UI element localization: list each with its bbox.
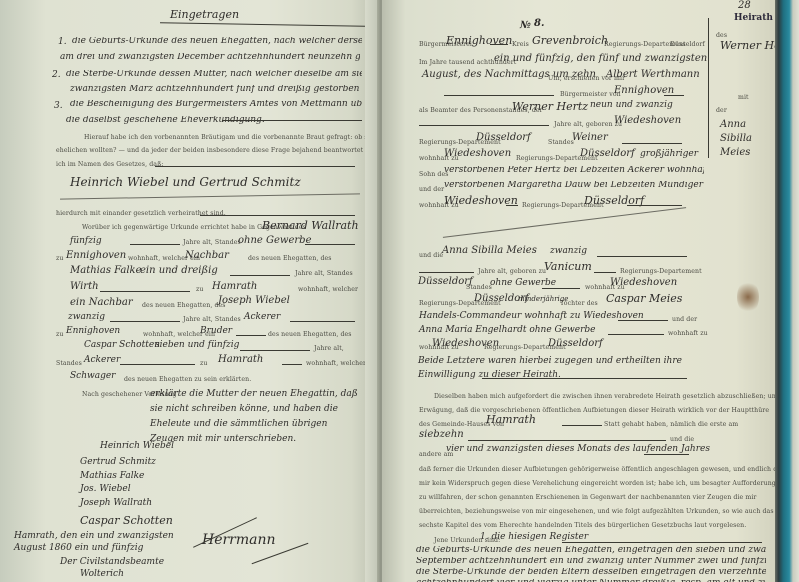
printed-text: und der <box>419 187 444 193</box>
witness-2-name: Mathias Falke <box>70 266 142 276</box>
bride-father-detail: Handels-Commandeur wohnhaft zu Wiedeshov… <box>419 312 644 321</box>
printed-text: sechste Kapitel des vom Eherechte handel… <box>419 523 746 529</box>
fill-line <box>100 291 190 292</box>
annotation-number: 3. <box>54 102 63 111</box>
witness-1-residence: Ennighoven <box>66 251 126 261</box>
groom-age: neun und zwanzig <box>590 101 673 110</box>
printed-text: des neuen Ehegatten zu sein erklärten. <box>124 377 251 383</box>
margin-divider <box>708 18 709 158</box>
documents-list-item: September achtzehnhundert ein und zwanzi… <box>416 557 766 566</box>
printed-text: Jahre alt, Standes <box>183 240 241 246</box>
fill-line <box>290 321 355 322</box>
groom-department: Düsseldorf <box>476 133 531 143</box>
annotation-continuation: am drei und zwanzigsten December achtzeh… <box>60 53 360 62</box>
closing-text: erklärte die Mutter der neuen Ehegattin,… <box>150 387 360 447</box>
printed-text: und der <box>672 317 697 323</box>
bride-occupation: ohne Gewerbe <box>490 279 556 288</box>
fill-line <box>155 166 355 167</box>
witness-2-residence: Hamrath <box>212 282 257 292</box>
margin-groom: Werner Hertz <box>720 40 775 51</box>
printed-text: Tochter des <box>560 301 598 307</box>
title-underline <box>160 22 365 27</box>
margin-heading: Heirath <box>734 13 773 23</box>
official-name: Albert Werthmann <box>606 70 700 80</box>
printed-text: Standes <box>548 140 574 146</box>
couple-names: Heinrich Wiebel und Gertrud Schmitz <box>70 176 301 188</box>
second-publication: vier und zwanzigsten dieses Monats des l… <box>446 445 710 454</box>
printed-text: Dieselben haben mich aufgefordert die zw… <box>434 394 775 400</box>
entry-number: 8. <box>534 18 544 29</box>
signature: Heinrich Wiebel <box>100 442 174 451</box>
printed-text: Jahre alt, <box>314 346 344 352</box>
printed-text: Standes <box>56 361 82 367</box>
annotation-text: die Geburts-Urkunde des neuen Ehegatten,… <box>72 37 362 46</box>
bride-residence: Wiedeshoven <box>610 278 677 288</box>
fill-line <box>222 120 362 121</box>
printed-text: Jahre alt, Standes <box>183 317 241 323</box>
page-edge <box>365 0 377 582</box>
book-edge <box>775 0 799 582</box>
printed-text: wohnhaft, welcher <box>298 287 358 293</box>
printed-text: des neuen Ehegatten, des <box>268 332 352 338</box>
printed-text: Statt gehabt haben, nämlich die erste am <box>604 422 738 428</box>
fill-line <box>562 425 602 426</box>
witness-2-relation: ein Nachbar <box>70 298 133 308</box>
bride-name: Anna Sibilla Meies <box>442 246 537 256</box>
groom-occupation: Weiner <box>572 133 608 143</box>
page-number: 28 <box>738 1 751 11</box>
printed-text: Hierauf habe ich den vorbenannten Bräuti… <box>84 135 382 141</box>
groom-birthplace: Wiedeshoven <box>614 116 681 126</box>
fill-line <box>562 542 762 543</box>
witness-4-residence: Hamrath <box>218 355 263 365</box>
fill-line <box>419 125 549 126</box>
fill-line <box>482 378 687 379</box>
right-page: № 8. 28 Heirath Bürgermeisterei Ennighov… <box>382 0 775 582</box>
witness-1-relation: Nachbar <box>185 251 229 261</box>
annotation-text: die Bescheinigung des Bürgermeisters Amt… <box>70 100 362 109</box>
entry-number-label: № <box>520 20 531 31</box>
large-signature: Herrmann <box>202 533 276 547</box>
bride-department: Düsseldorf <box>418 277 473 287</box>
groom-name: Werner Hertz <box>512 101 588 112</box>
printed-text: und die <box>670 437 694 443</box>
first-publication: siebzehn <box>419 430 464 440</box>
witness-4-occupation: Ackerer <box>84 356 120 365</box>
groom-mother: verstorbenen Margaretha Dauw bei Lebzeit… <box>444 181 704 190</box>
fill-line <box>200 215 355 216</box>
publication-place: Hamrath <box>486 414 536 425</box>
fill-line <box>305 244 355 245</box>
printed-text: Jahre alt, geboren zu <box>478 269 546 275</box>
fill-line <box>608 334 664 335</box>
witness-4-relation: Schwager <box>70 372 115 381</box>
cancel-stroke <box>443 207 686 238</box>
official-signature: Wolterich <box>80 570 124 579</box>
documents-list-item: die Geburts-Urkunde des neuen Ehegatten,… <box>416 546 766 555</box>
margin-bride: Anna Sibilla Meies <box>720 118 770 160</box>
fill-line <box>444 95 554 96</box>
bride-mother: Anna Maria Engelhardt ohne Gewerbe <box>419 326 595 335</box>
section-title: Eingetragen <box>170 9 239 20</box>
signature: Gertrud Schmitz <box>80 458 156 467</box>
district: Grevenbroich <box>532 35 608 46</box>
groom-father: verstorbenen Peter Hertz bei Lebzeiten A… <box>444 166 704 175</box>
fill-line <box>490 44 508 45</box>
fill-line <box>597 256 687 257</box>
margin-der: der <box>716 108 727 114</box>
witness-3-relation: Bruder <box>200 327 232 336</box>
fill-line <box>622 143 682 144</box>
paper-stain <box>737 280 759 314</box>
fill-line <box>236 335 266 336</box>
fill-line <box>627 205 682 206</box>
printed-text: und die <box>419 253 443 259</box>
documents-list-intro: 1. die hiesigen Register <box>480 533 588 542</box>
fill-line <box>60 193 360 199</box>
witness-3-name: Joseph Wiebel <box>218 296 290 306</box>
signature: Mathias Falke <box>80 472 144 481</box>
printed-text: Jahre alt, Standes <box>295 271 353 277</box>
witness-4-age: sieben und fünfzig <box>155 341 239 350</box>
printed-text: Bürgermeister von <box>560 92 621 98</box>
signature: Caspar Schotten <box>80 515 173 526</box>
groom-residence-department: Düsseldorf <box>580 149 635 159</box>
witness-3-residence: Ennighoven <box>66 327 120 336</box>
annotation-number: 1. <box>58 38 67 47</box>
printed-text: Kreis <box>512 42 529 48</box>
signature: Joseph Wallrath <box>80 499 152 508</box>
bride-age: zwanzig <box>550 247 587 256</box>
printed-text: mir kein Widerspruch gegen diese Verehel… <box>419 481 775 487</box>
official-note: Hamrath, den ein und zwanzigsten August … <box>14 530 184 554</box>
printed-text: Jahre alt, geboren zu <box>554 122 622 128</box>
signature: Jos. Wiebel <box>80 485 131 494</box>
printed-text: zu <box>196 287 203 293</box>
printed-text: ich im Namen des Gesetzes, daß: <box>56 162 163 168</box>
documents-list-item: die Sterbe-Urkunde der beiden Eltern des… <box>416 568 766 577</box>
fill-line <box>419 272 474 273</box>
printed-text: Erwägung, daß die vorgeschriebenen öffen… <box>419 408 769 414</box>
witness-2-occupation: Wirth <box>70 282 99 292</box>
witness-1-name: Bernard Wallrath <box>262 220 359 231</box>
printed-text: wohnhaft zu <box>668 331 708 337</box>
annotation-number: 2. <box>52 71 61 80</box>
fill-line <box>542 288 580 289</box>
fill-line <box>468 440 666 441</box>
department: Düsseldorf <box>670 42 705 48</box>
groom-status: großjähriger <box>640 150 698 159</box>
printed-text: Standes <box>466 285 492 291</box>
bride-birthplace: Vanicum <box>544 261 592 272</box>
printed-text: ehelichen wollten? — und da jeder der be… <box>56 148 382 154</box>
fill-line <box>282 364 302 365</box>
fill-line <box>130 244 180 245</box>
fill-line <box>644 454 689 455</box>
printed-text: zu <box>56 332 63 338</box>
printed-text: überreichten, beziehungsweise von mir ei… <box>419 509 774 515</box>
printed-text: des neuen Ehegatten, des <box>142 303 226 309</box>
printed-text: zu willfahren, der schon genannten Ersch… <box>419 495 756 501</box>
annotation-continuation: zwanzigsten März achtzehnhundert fünf un… <box>70 85 360 94</box>
groom-residence: Wiedeshoven <box>444 149 511 159</box>
fill-line <box>618 320 668 321</box>
official-note-title: Der Civilstandsbeamte <box>60 558 164 567</box>
printed-text: des neuen Ehegatten, des <box>248 256 332 262</box>
witness-4-name: Caspar Schotten <box>84 341 160 350</box>
bride-father: Caspar Meies <box>606 293 682 304</box>
fill-line <box>594 272 616 273</box>
fill-line <box>120 364 195 365</box>
annotation-text: die Sterbe-Urkunde dessen Mutter, nach w… <box>66 70 362 79</box>
fill-line <box>664 95 684 96</box>
printed-text: Regierungs-Departement <box>620 269 702 275</box>
witness-1-age: fünfzig <box>70 237 102 246</box>
bride-mother-department: Düsseldorf <box>548 339 603 349</box>
fill-line <box>230 275 290 276</box>
printed-text: zu <box>56 256 63 262</box>
witness-3-occupation: Ackerer <box>244 313 280 322</box>
printed-text: daß ferner die Urkunden dieser Aufbietun… <box>419 467 775 473</box>
fill-line <box>240 350 310 351</box>
printed-text: zu <box>200 361 207 367</box>
witness-3-age: zwanzig <box>68 313 105 322</box>
witness-1-occupation: ohne Gewerbe <box>238 236 311 246</box>
margin-und: mit <box>738 95 749 101</box>
open-register-book: Eingetragen 1. die Geburts-Urkunde des n… <box>0 0 799 582</box>
left-page: Eingetragen 1. die Geburts-Urkunde des n… <box>0 0 382 582</box>
fill-line <box>506 205 518 206</box>
year-words: ein und fünfzig, den fünf und zwanzigste… <box>494 54 707 64</box>
witness-2-age: ein und dreißig <box>140 266 218 276</box>
fill-line <box>110 321 180 322</box>
